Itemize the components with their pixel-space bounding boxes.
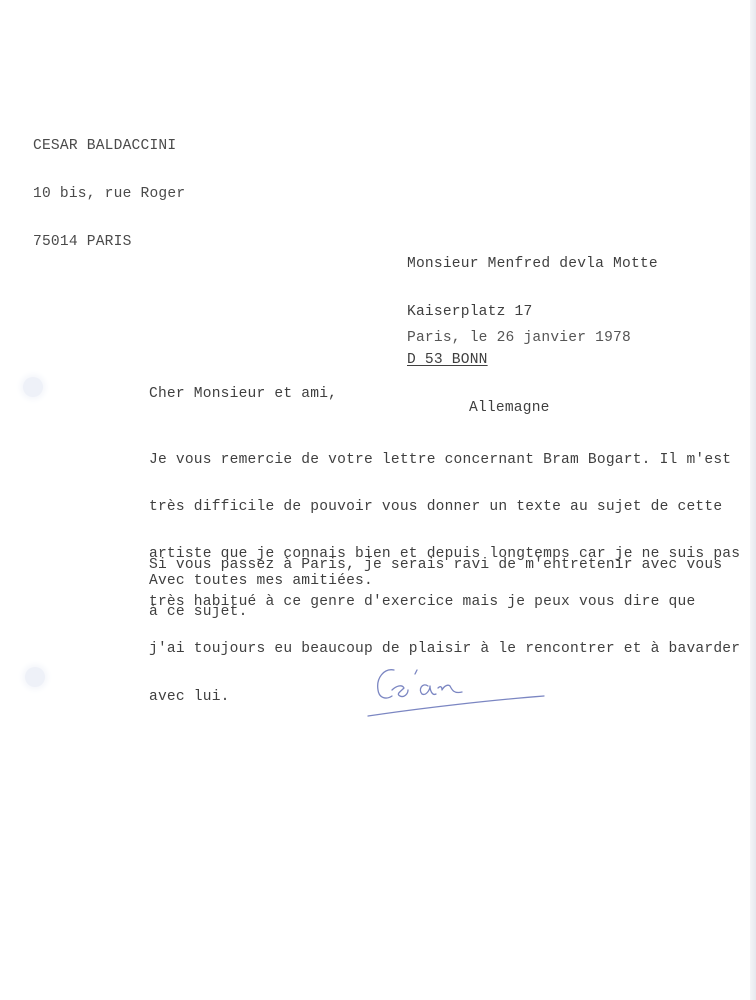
- letter-page: CESAR BALDACCINI 10 bis, rue Roger 75014…: [0, 0, 756, 1000]
- body-paragraph-2: Si vous passez à Paris, je serais ravi d…: [149, 526, 722, 652]
- closing-line: Avec toutes mes amitiées.: [149, 573, 373, 589]
- punch-hole-mark: [25, 667, 45, 687]
- letter-date: Paris, le 26 janvier 1978: [407, 330, 631, 346]
- salutation: Cher Monsieur et ami,: [149, 386, 337, 402]
- recipient-city: D 53 BONN: [407, 352, 488, 368]
- body-line: à ce sujet.: [149, 605, 722, 621]
- sender-name: CESAR BALDACCINI: [33, 138, 185, 154]
- sender-street: 10 bis, rue Roger: [33, 186, 185, 202]
- handwritten-signature: [362, 660, 552, 720]
- sender-address: CESAR BALDACCINI 10 bis, rue Roger 75014…: [33, 106, 185, 282]
- recipient-name: Monsieur Menfred devla Motte: [407, 256, 658, 272]
- recipient-country: Allemagne: [407, 400, 658, 416]
- body-line: très difficile de pouvoir vous donner un…: [149, 500, 740, 516]
- recipient-street: Kaiserplatz 17: [407, 304, 658, 320]
- body-line: Si vous passez à Paris, je serais ravi d…: [149, 558, 722, 574]
- punch-hole-mark: [23, 377, 43, 397]
- sender-city: 75014 PARIS: [33, 234, 185, 250]
- page-edge-shadow: [750, 0, 756, 1000]
- body-line: Je vous remercie de votre lettre concern…: [149, 453, 740, 469]
